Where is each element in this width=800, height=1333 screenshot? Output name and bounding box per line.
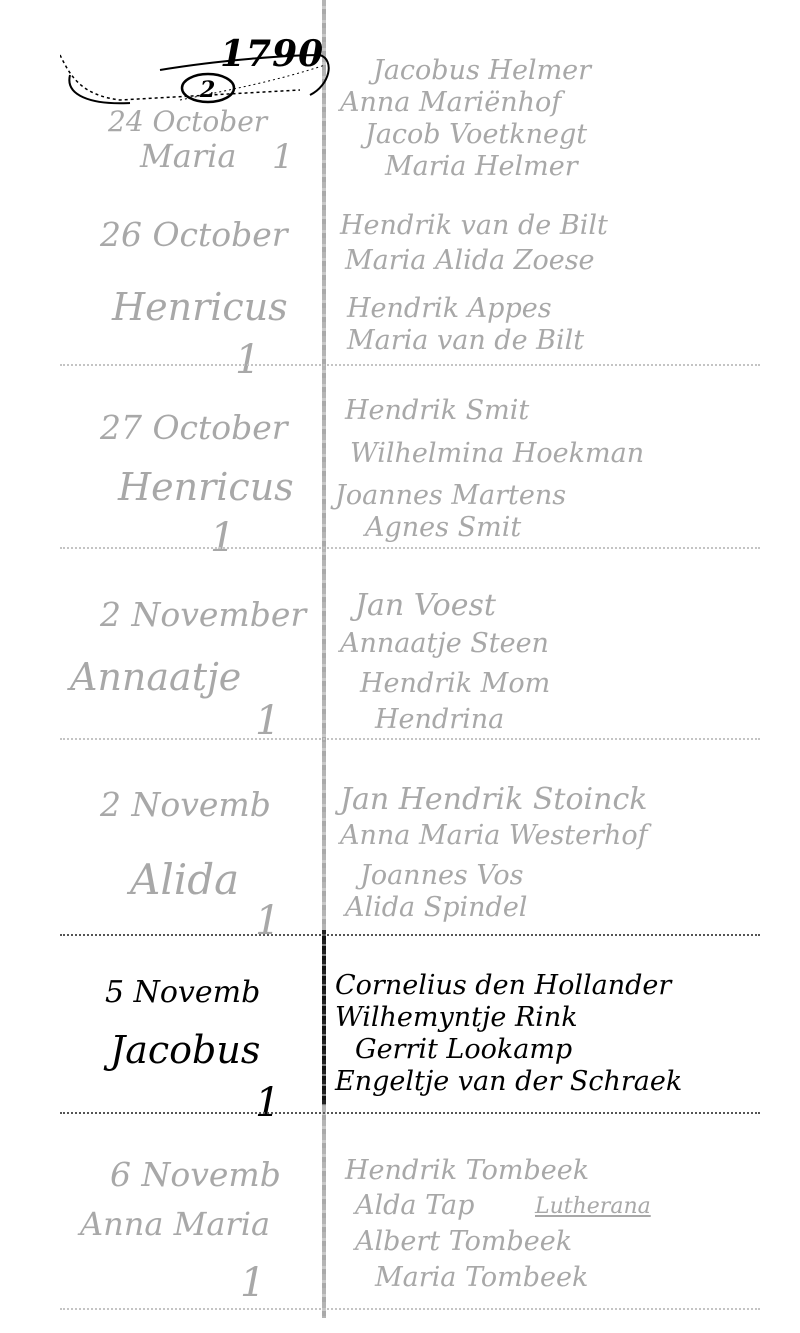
entry-separator	[60, 364, 760, 366]
witness-1-name: Hendrik Appes	[347, 293, 552, 324]
baptism-count: 1	[240, 1260, 265, 1306]
mother-name: Anna Maria Westerhof	[340, 820, 648, 851]
witness-1-name: Gerrit Lookamp	[355, 1034, 572, 1065]
mother-name: Wilhelmina Hoekman	[350, 438, 644, 469]
entry-separator	[60, 738, 760, 740]
baptism-count: 1	[210, 515, 235, 561]
mother-name: Anna Mariënhof	[340, 87, 561, 118]
baptism-date: 27 October	[100, 408, 288, 447]
baptism-date: 2 November	[100, 595, 306, 634]
mother-name: Alda Tap	[355, 1190, 474, 1221]
witness-2-name: Maria Helmer	[385, 151, 578, 182]
witness-1-name: Hendrik Mom	[360, 668, 550, 699]
mother-name: Maria Alida Zoese	[345, 245, 595, 276]
baptism-date: 5 Novemb	[105, 975, 260, 1010]
column-divider	[322, 0, 326, 1318]
witness-2-name: Maria van de Bilt	[347, 325, 584, 356]
witness-1-name: Albert Tombeek	[355, 1226, 572, 1257]
page-header: 2 1790	[60, 15, 340, 105]
child-name: Anna Maria	[80, 1205, 270, 1243]
register-page: 2 1790 24 October Maria 1 Jacobus Helmer…	[0, 0, 800, 1333]
witness-2-name: Alida Spindel	[345, 892, 527, 923]
witness-2-name: Hendrina	[375, 704, 504, 735]
entry-separator	[60, 1112, 760, 1114]
child-name: Annaatje	[70, 655, 241, 699]
year-heading: 1790	[220, 33, 324, 75]
witness-1-name: Jacob Voetknegt	[365, 119, 587, 150]
baptism-date: 24 October	[108, 105, 267, 138]
father-name: Hendrik van de Bilt	[340, 210, 608, 241]
witness-2-name: Engeltje van der Schraek	[335, 1066, 682, 1097]
witness-2-name: Agnes Smit	[365, 512, 521, 543]
baptism-count: 1	[272, 137, 294, 177]
witness-1-name: Joannes Martens	[335, 480, 566, 511]
baptism-count: 1	[255, 1080, 280, 1126]
baptism-date: 26 October	[100, 215, 288, 254]
entry-separator	[60, 547, 760, 549]
father-name: Jan Voest	[355, 588, 496, 623]
child-name: Alida	[130, 855, 239, 904]
father-name: Jacobus Helmer	[373, 55, 591, 86]
baptism-count: 1	[255, 898, 280, 944]
father-name: Hendrik Smit	[345, 395, 529, 426]
father-name: Jan Hendrik Stoinck	[340, 782, 647, 817]
father-name: Hendrik Tombeek	[345, 1155, 589, 1186]
child-name: Maria	[140, 137, 236, 175]
child-name: Jacobus	[110, 1028, 260, 1072]
child-name: Henricus	[118, 465, 294, 509]
baptism-count: 1	[235, 337, 260, 383]
entry-separator	[60, 1308, 760, 1310]
mother-name: Wilhemyntje Rink	[335, 1002, 578, 1033]
mother-name: Annaatje Steen	[340, 628, 549, 659]
baptism-date: 6 Novemb	[110, 1155, 281, 1194]
entry-separator	[60, 934, 760, 936]
column-divider-dark-segment	[322, 930, 326, 1105]
witness-1-name: Joannes Vos	[360, 860, 524, 891]
father-name: Cornelius den Hollander	[335, 970, 671, 1001]
denomination-note: Lutherana	[535, 1194, 651, 1219]
baptism-date: 2 Novemb	[100, 785, 271, 824]
svg-text:2: 2	[199, 77, 215, 103]
witness-2-name: Maria Tombeek	[375, 1262, 588, 1293]
child-name: Henricus	[112, 285, 288, 329]
